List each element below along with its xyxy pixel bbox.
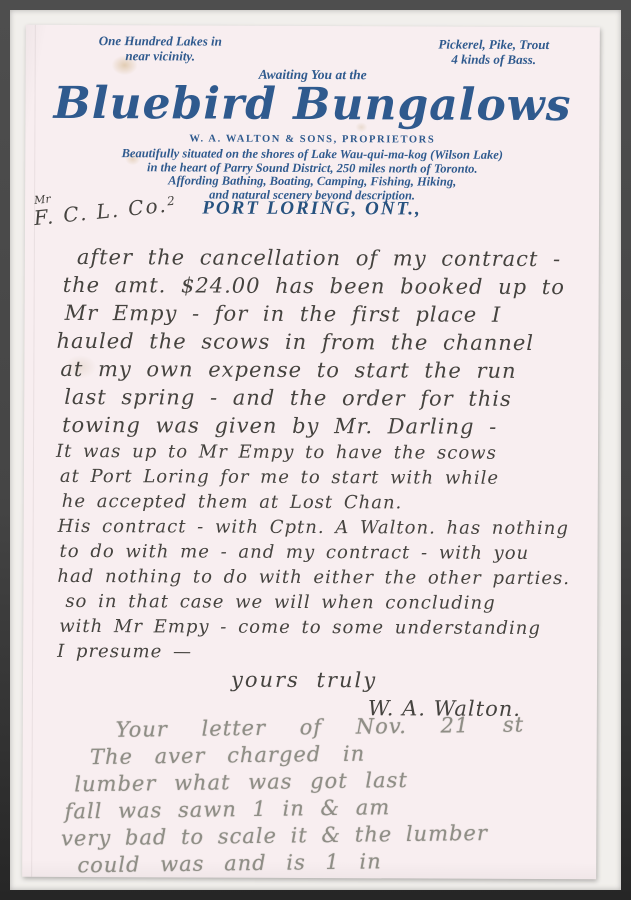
handwritten-line: I presume — — [57, 639, 585, 666]
handwritten-line: His contract - with Cptn. A Walton. has … — [58, 514, 586, 541]
handwritten-line: last spring - and the order for this — [64, 383, 586, 413]
lakes-note: One Hundred Lakes innear vicinity. — [68, 33, 253, 64]
fish-note-line: 4 kinds of Bass. — [408, 51, 580, 67]
proprietors-line: W. A. WALTON & SONS, PROPRIETORS — [25, 133, 599, 147]
handwritten-line: so in that case we will when concluding — [65, 589, 585, 616]
handwritten-line: at Port Loring for me to start with whil… — [60, 464, 586, 491]
brand-title: Bluebird Bungalows — [25, 79, 599, 132]
handwritten-line: Mr Empy - for in the first place I — [65, 299, 587, 329]
handwritten-line: after the cancellation of my contract - — [77, 243, 587, 273]
lakes-note-line: One Hundred Lakes in — [68, 33, 253, 49]
handwritten-line: at my own expense to start the run — [60, 355, 586, 385]
pencil-note: Your letter of Nov. 21 stThe aver charge… — [59, 711, 589, 880]
annotation-superscript: 2 — [166, 194, 175, 209]
pencil-line: could was and is 1 in — [77, 846, 589, 880]
fish-note-line: Pickerel, Pike, Trout — [408, 36, 580, 52]
letter-body: after the cancellation of my contract -t… — [55, 243, 587, 666]
scanner-bed: One Hundred Lakes innear vicinity. Picke… — [10, 10, 621, 890]
handwritten-line: had nothing to do with either the other … — [57, 564, 585, 591]
handwritten-line: hauled the scows in from the channel — [56, 327, 586, 357]
handwritten-line: to do with me - and my contract - with y… — [60, 539, 586, 566]
handwritten-line: the amt. $24.00 has been booked up to — [63, 271, 587, 301]
closing-line: yours truly — [231, 668, 377, 693]
fish-note: Pickerel, Pike, Trout4 kinds of Bass. — [408, 36, 580, 67]
handwritten-line: he accepted them at Lost Chan. — [62, 489, 586, 516]
scanned-letter: One Hundred Lakes innear vicinity. Picke… — [0, 0, 631, 900]
lakes-note-line: near vicinity. — [68, 48, 253, 64]
paper: One Hundred Lakes innear vicinity. Picke… — [22, 25, 600, 879]
handwritten-line: with Mr Empy - come to some understandin… — [59, 614, 585, 641]
handwritten-line: towing was given by Mr. Darling - — [62, 411, 586, 441]
handwritten-line: It was up to Mr Empy to have the scows — [56, 439, 586, 466]
